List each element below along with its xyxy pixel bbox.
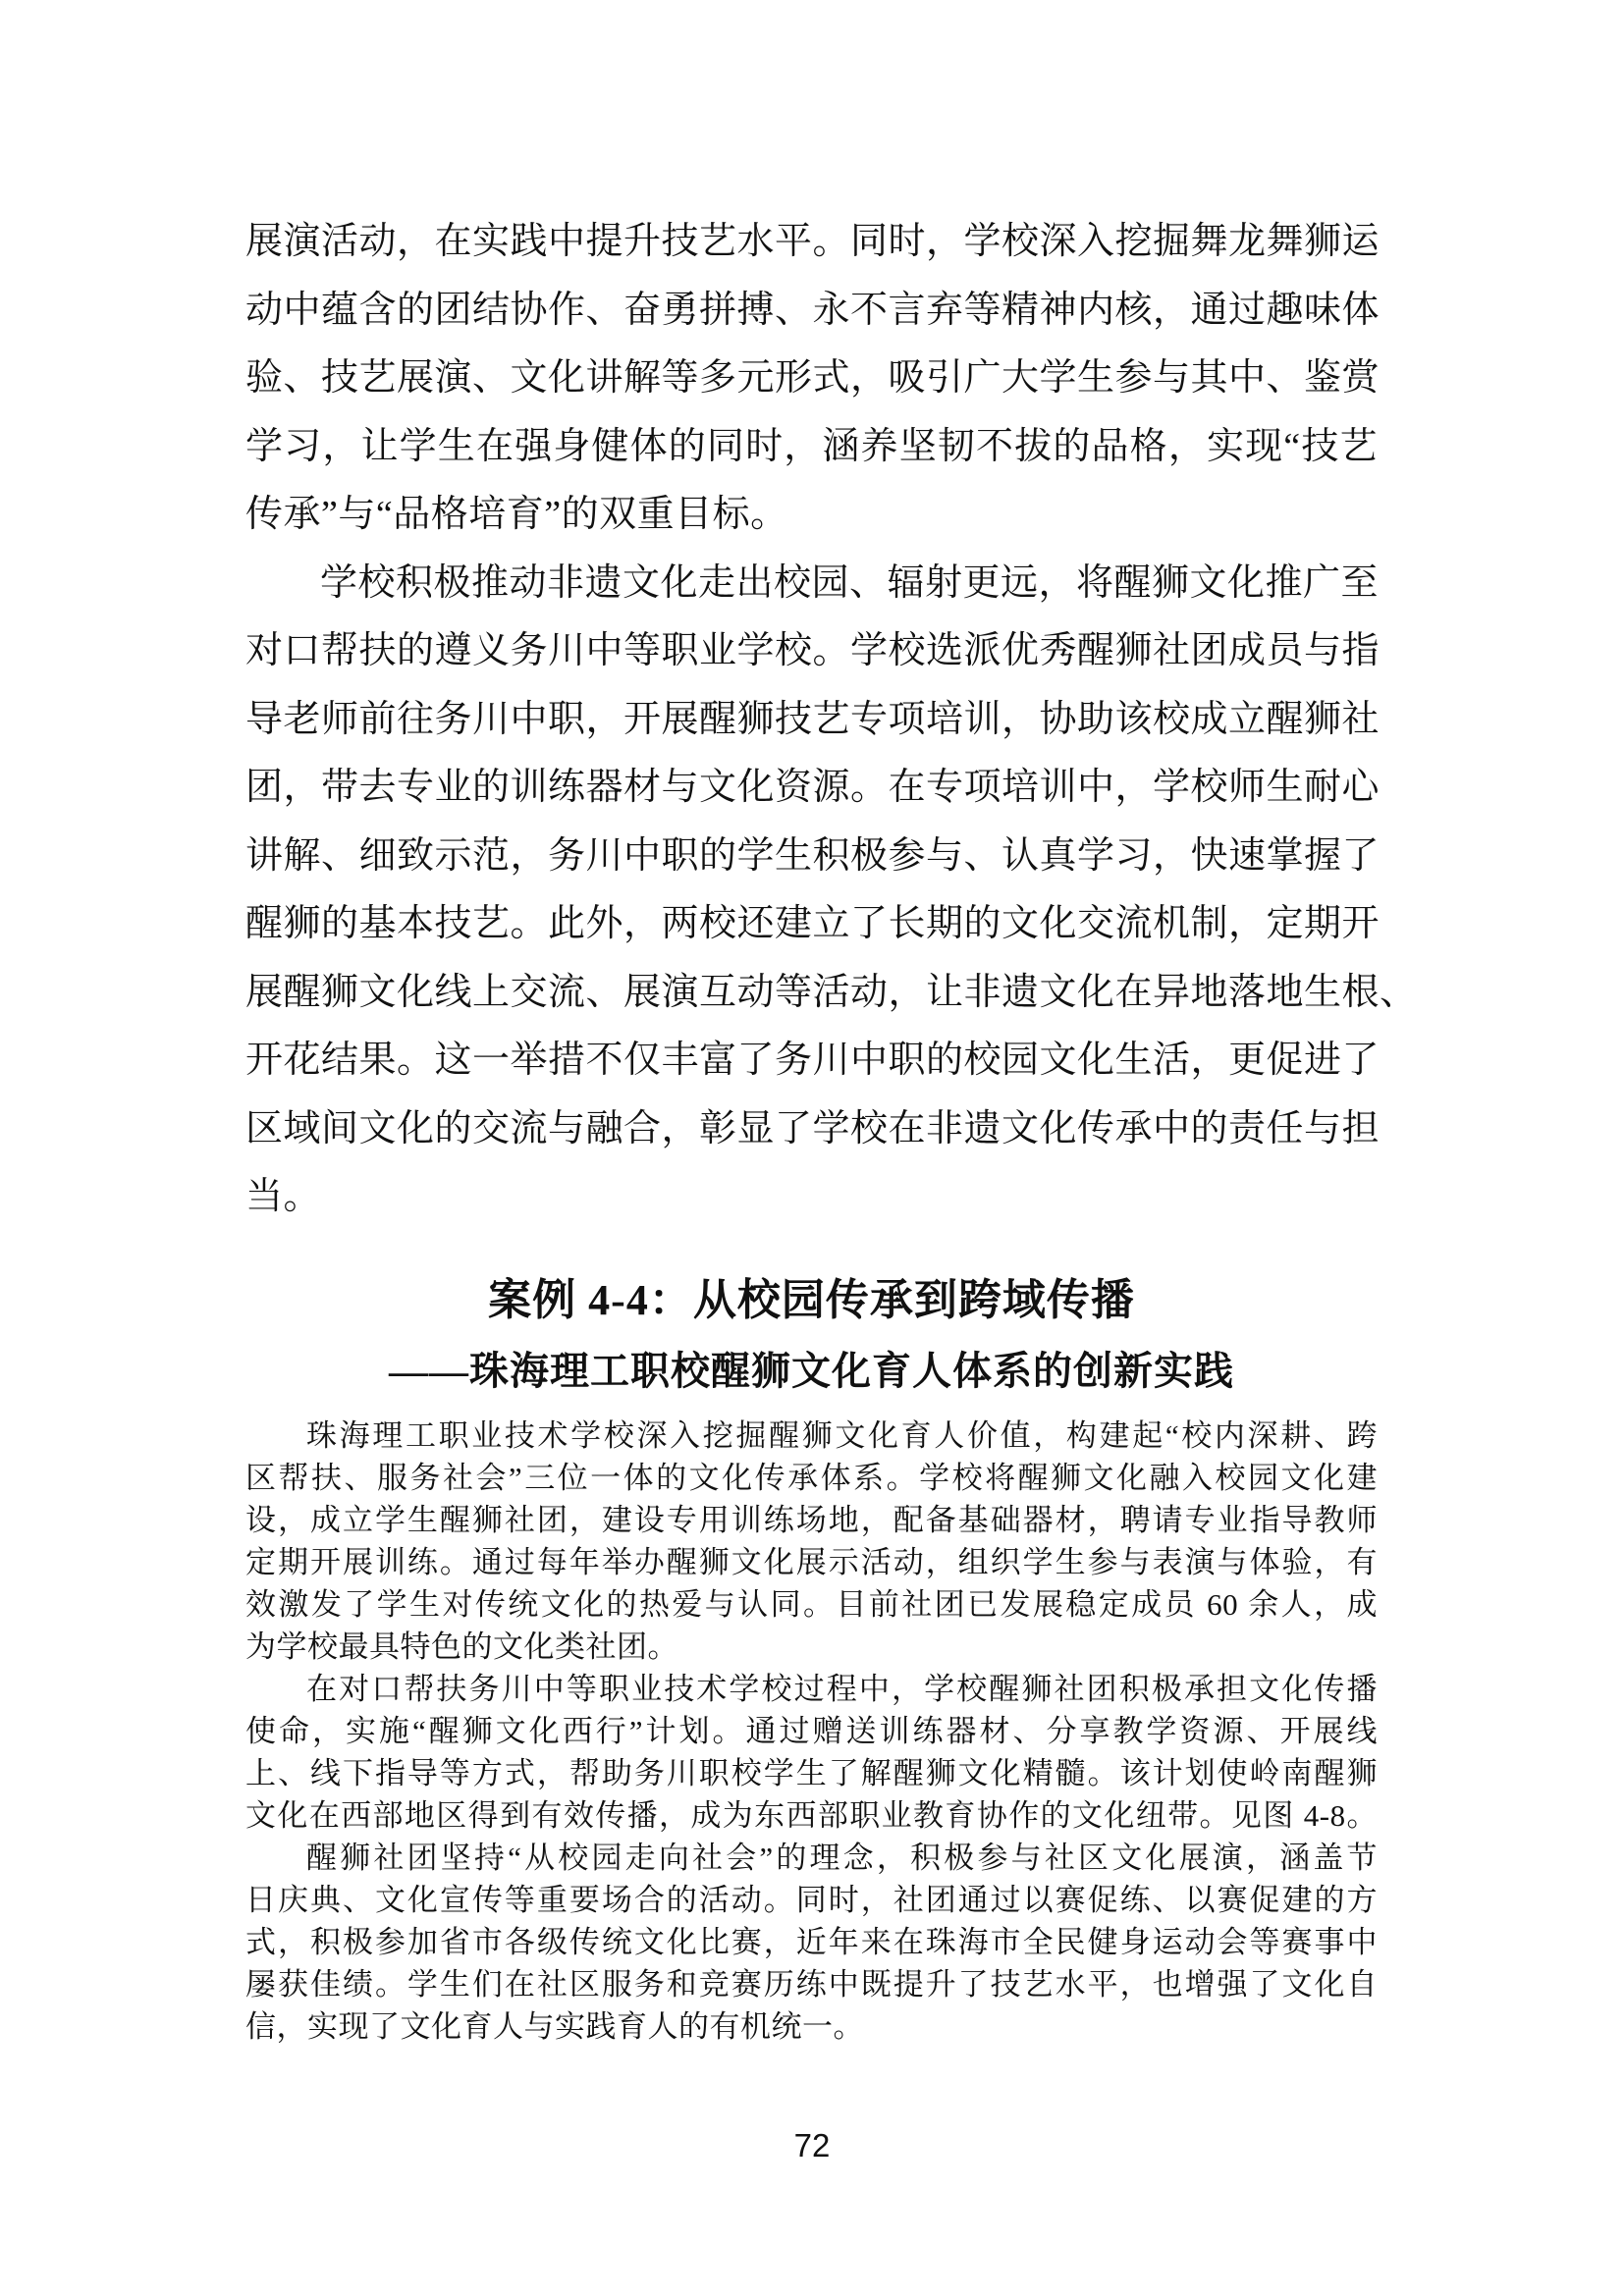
body-paragraph-1: 展演活动，在实践中提升技艺水平。同时，学校深入挖掘舞龙舞狮运 动中蕴含的团结协作… (245, 208, 1378, 550)
case-paragraph-2: 在对口帮扶务川中等职业技术学校过程中，学校醒狮社团积极承担文化传播 使命，实施“… (245, 1668, 1378, 1837)
body-line: 醒狮的基本技艺。此外，两校还建立了长期的文化交流机制，定期开 (245, 890, 1378, 959)
case-line: 屡获佳绩。学生们在社区服务和竞赛历练中既提升了技艺水平，也增强了文化自 (245, 1963, 1378, 2005)
case-subtitle: ——珠海理工职校醒狮文化育人体系的创新实践 (245, 1344, 1378, 1399)
body-line: 验、技艺展演、文化讲解等多元形式，吸引广大学生参与其中、鉴赏 (245, 345, 1378, 413)
body-paragraph-2: 学校积极推动非遗文化走出校园、辐射更远，将醒狮文化推广至 对口帮扶的遵义务川中等… (245, 550, 1378, 1232)
body-line: 学校积极推动非遗文化走出校园、辐射更远，将醒狮文化推广至 (245, 550, 1378, 618)
case-title: 案例 4-4：从校园传承到跨域传播 (245, 1271, 1378, 1330)
body-line: 团，带去专业的训练器材与文化资源。在专项培训中，学校师生耐心 (245, 754, 1378, 823)
case-line: 在对口帮扶务川中等职业技术学校过程中，学校醒狮社团积极承担文化传播 (245, 1668, 1378, 1710)
body-line: 传承”与“品格培育”的双重目标。 (245, 481, 1378, 550)
case-paragraph-3: 醒狮社团坚持“从校园走向社会”的理念，积极参与社区文化展演，涵盖节 日庆典、文化… (245, 1837, 1378, 2048)
case-line: 区帮扶、服务社会”三位一体的文化传承体系。学校将醒狮文化融入校园文化建 (245, 1457, 1378, 1499)
body-line: 导老师前往务川中职，开展醒狮技艺专项培训，协助该校成立醒狮社 (245, 686, 1378, 755)
body-line: 展演活动，在实践中提升技艺水平。同时，学校深入挖掘舞龙舞狮运 (245, 208, 1378, 277)
page-number: 72 (0, 2122, 1624, 2169)
case-line: 效激发了学生对传统文化的热爱与认同。目前社团已发展稳定成员 60 余人，成 (245, 1583, 1378, 1626)
body-line: 区域间文化的交流与融合，彰显了学校在非遗文化传承中的责任与担 (245, 1095, 1378, 1164)
body-line: 动中蕴含的团结协作、奋勇拼搏、永不言弃等精神内核，通过趣味体 (245, 277, 1378, 346)
case-line: 为学校最具特色的文化类社团。 (245, 1626, 1378, 1668)
case-paragraph-1: 珠海理工职业技术学校深入挖掘醒狮文化育人价值，构建起“校内深耕、跨 区帮扶、服务… (245, 1415, 1378, 1668)
case-body-block: 珠海理工职业技术学校深入挖掘醒狮文化育人价值，构建起“校内深耕、跨 区帮扶、服务… (245, 1415, 1378, 2048)
body-line: 讲解、细致示范，务川中职的学生积极参与、认真学习，快速掌握了 (245, 823, 1378, 891)
case-line: 文化在西部地区得到有效传播，成为东西部职业教育协作的文化纽带。见图 4-8。 (245, 1794, 1378, 1837)
text-column: 展演活动，在实践中提升技艺水平。同时，学校深入挖掘舞龙舞狮运 动中蕴含的团结协作… (245, 208, 1378, 2048)
case-line: 定期开展训练。通过每年举办醒狮文化展示活动，组织学生参与表演与体验，有 (245, 1541, 1378, 1583)
body-line: 展醒狮文化线上交流、展演互动等活动，让非遗文化在异地落地生根、 (245, 959, 1378, 1028)
case-line: 设，成立学生醒狮社团，建设专用训练场地，配备基础器材，聘请专业指导教师 (245, 1499, 1378, 1541)
body-line: 开花结果。这一举措不仅丰富了务川中职的校园文化生活，更促进了 (245, 1027, 1378, 1095)
document-page: 展演活动，在实践中提升技艺水平。同时，学校深入挖掘舞龙舞狮运 动中蕴含的团结协作… (0, 0, 1624, 2296)
case-line: 使命，实施“醒狮文化西行”计划。通过赠送训练器材、分享教学资源、开展线 (245, 1710, 1378, 1752)
case-line: 式，积极参加省市各级传统文化比赛，近年来在珠海市全民健身运动会等赛事中 (245, 1921, 1378, 1963)
case-line: 醒狮社团坚持“从校园走向社会”的理念，积极参与社区文化展演，涵盖节 (245, 1837, 1378, 1879)
case-line: 珠海理工职业技术学校深入挖掘醒狮文化育人价值，构建起“校内深耕、跨 (245, 1415, 1378, 1457)
body-line: 当。 (245, 1163, 1378, 1232)
case-line: 日庆典、文化宣传等重要场合的活动。同时，社团通过以赛促练、以赛促建的方 (245, 1879, 1378, 1921)
case-line: 上、线下指导等方式，帮助务川职校学生了解醒狮文化精髓。该计划使岭南醒狮 (245, 1752, 1378, 1794)
body-line: 学习，让学生在强身健体的同时，涵养坚韧不拔的品格，实现“技艺 (245, 413, 1378, 482)
body-line: 对口帮扶的遵义务川中等职业学校。学校选派优秀醒狮社团成员与指 (245, 617, 1378, 686)
case-line: 信，实现了文化育人与实践育人的有机统一。 (245, 2005, 1378, 2048)
